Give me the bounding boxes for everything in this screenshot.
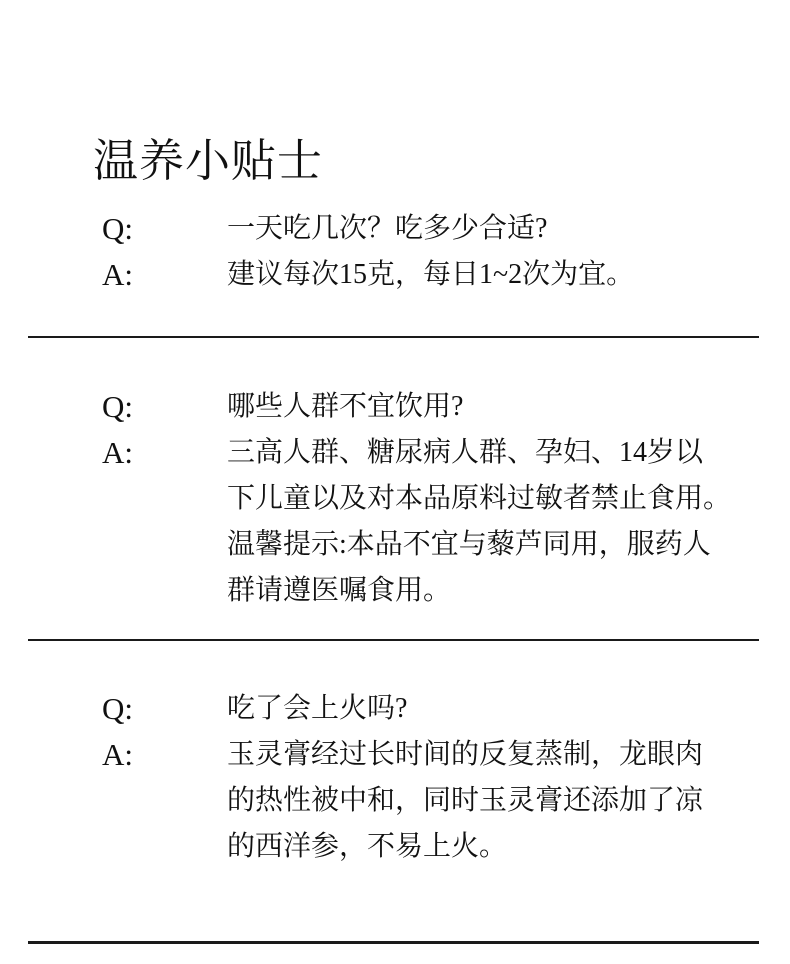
question-text: 哪些人群不宜饮用?: [227, 384, 463, 430]
question-row: Q: 吃了会上火吗?: [102, 686, 762, 732]
q-label: Q:: [102, 384, 227, 430]
answer-line: 温馨提示:本品不宜与藜芦同用，服药人: [227, 522, 731, 568]
question-row: Q: 一天吃几次？吃多少合适?: [102, 206, 762, 252]
q-label: Q:: [102, 206, 227, 252]
a-label: A:: [102, 732, 227, 778]
answer-line: 玉灵膏经过长时间的反复蒸制，龙眼肉: [227, 732, 703, 778]
section-divider: [28, 639, 759, 641]
a-label: A:: [102, 252, 227, 298]
question-row: Q: 哪些人群不宜饮用?: [102, 384, 762, 430]
answer-line: 群请遵医嘱食用。: [227, 568, 731, 614]
tips-page: 温养小贴士 Q: 一天吃几次？吃多少合适? A: 建议每次15克，每日1~2次为…: [0, 0, 790, 964]
answer-row: A: 三高人群、糖尿病人群、孕妇、14岁以 下儿童以及对本品原料过敏者禁止食用。…: [102, 430, 762, 614]
answer-row: A: 建议每次15克，每日1~2次为宜。: [102, 252, 762, 298]
section-divider: [28, 336, 759, 338]
answer-row: A: 玉灵膏经过长时间的反复蒸制，龙眼肉 的热性被中和，同时玉灵膏还添加了凉 的…: [102, 732, 762, 870]
question-text: 一天吃几次？吃多少合适?: [227, 206, 547, 252]
question-text: 吃了会上火吗?: [227, 686, 407, 732]
bottom-rule: [28, 941, 759, 944]
answer-text: 建议每次15克，每日1~2次为宜。: [227, 252, 634, 298]
qa-block-2: Q: 哪些人群不宜饮用? A: 三高人群、糖尿病人群、孕妇、14岁以 下儿童以及…: [102, 384, 762, 614]
answer-text: 玉灵膏经过长时间的反复蒸制，龙眼肉 的热性被中和，同时玉灵膏还添加了凉 的西洋参…: [227, 732, 703, 870]
answer-line: 的热性被中和，同时玉灵膏还添加了凉: [227, 778, 703, 824]
answer-text: 三高人群、糖尿病人群、孕妇、14岁以 下儿童以及对本品原料过敏者禁止食用。 温馨…: [227, 430, 731, 614]
answer-line: 下儿童以及对本品原料过敏者禁止食用。: [227, 476, 731, 522]
answer-line: 的西洋参，不易上火。: [227, 824, 703, 870]
a-label: A:: [102, 430, 227, 476]
qa-block-1: Q: 一天吃几次？吃多少合适? A: 建议每次15克，每日1~2次为宜。: [102, 206, 762, 298]
qa-block-3: Q: 吃了会上火吗? A: 玉灵膏经过长时间的反复蒸制，龙眼肉 的热性被中和，同…: [102, 686, 762, 870]
q-label: Q:: [102, 686, 227, 732]
answer-line: 建议每次15克，每日1~2次为宜。: [227, 252, 634, 298]
page-title: 温养小贴士: [93, 124, 323, 189]
answer-line: 三高人群、糖尿病人群、孕妇、14岁以: [227, 430, 731, 476]
